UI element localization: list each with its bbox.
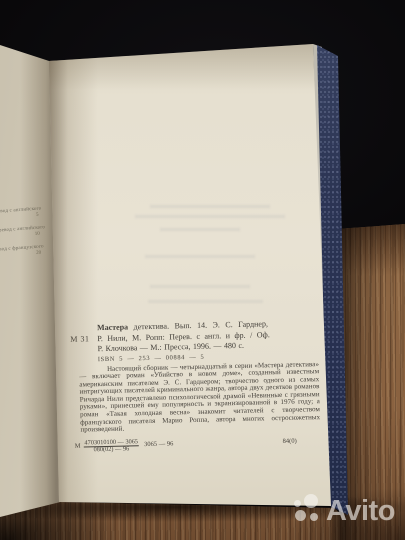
- bibliographic-entry: М 31 Мастера детектива. Вып. 14. Э. С. Г…: [97, 318, 320, 355]
- show-through-line: [148, 300, 263, 303]
- show-through-line: [160, 228, 240, 231]
- bbk-code: 84(0): [283, 438, 297, 445]
- show-through-line: [135, 215, 285, 218]
- print-code-fraction: 4703010100 — 3065 080(02) — 96: [83, 438, 139, 453]
- avito-watermark-text: Avito: [326, 496, 395, 526]
- avito-watermark: Avito: [294, 494, 395, 526]
- show-through-line: [145, 255, 255, 258]
- code-prefix: М: [75, 443, 81, 450]
- avito-logo-icon: [294, 494, 324, 526]
- print-code-row: М 4703010100 — 3065 080(02) — 96 3065 — …: [75, 434, 323, 454]
- show-through-line: [150, 205, 270, 208]
- udc-code: М 31: [70, 334, 89, 345]
- code-suffix: 3065 — 96: [144, 441, 173, 449]
- imprint-block: М 31 Мастера детектива. Вып. 14. Э. С. Г…: [60, 318, 325, 454]
- show-through-line: [150, 285, 250, 288]
- photo-scene: ревод с английского 5 еревод с английско…: [0, 0, 405, 540]
- annotation-text: Настоящий сборник — четырнадцатый в сери…: [79, 361, 320, 435]
